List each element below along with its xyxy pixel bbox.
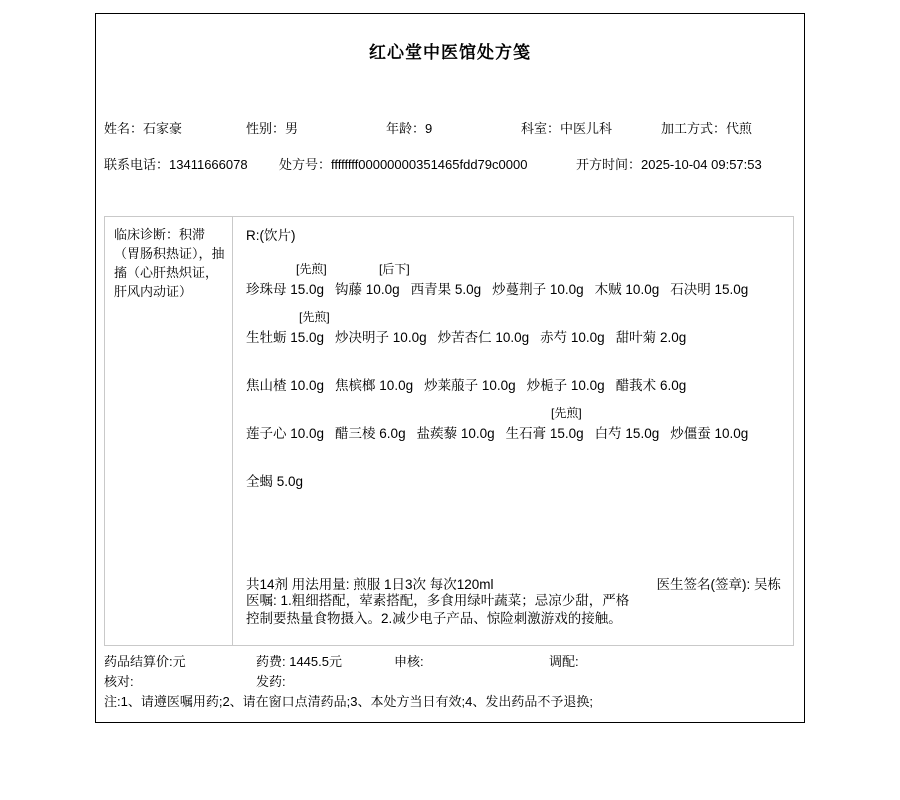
medicine-item: 炒莱菔子 10.0g	[424, 374, 516, 394]
medicine-item: 盐蒺藜 10.0g	[417, 422, 495, 442]
prescription-number-field: 处方号：ffffffff00000000351465fdd79c0000	[279, 154, 527, 173]
medicine-item: 石决明 15.0g	[670, 278, 748, 298]
annotation-line: [先煎]	[246, 305, 781, 326]
prescription-number-label: 处方号：	[279, 157, 331, 172]
medicine-line: 珍珠母 15.0g钩藤 10.0g西青果 5.0g炒蔓荆子 10.0g木贼 10…	[246, 278, 781, 299]
phone-value: 13411666078	[169, 157, 248, 172]
medicine-item: 生牡蛎 15.0g	[246, 326, 324, 346]
patient-gender-label: 性别：	[246, 121, 285, 136]
prescription-number-value: ffffffff00000000351465fdd79c0000	[331, 157, 527, 172]
medicine-line: 生牡蛎 15.0g炒决明子 10.0g炒苦杏仁 10.0g赤芍 10.0g甜叶菊…	[246, 326, 781, 347]
patient-info-row-1: 姓名：石家豪 性别：男 年龄：9 科室：中医儿科 加工方式：代煎	[104, 118, 796, 136]
note-text: 注:1、请遵医嘱用药;2、请在窗口点清药品;3、本处方当日有效;4、发出药品不予…	[104, 691, 593, 710]
medicine-item: 焦槟榔 10.0g	[335, 374, 413, 394]
processing-method-value: 代煎	[726, 121, 752, 136]
settle-price-field: 药品结算价:元	[104, 651, 186, 670]
patient-name-field: 姓名：石家豪	[104, 118, 182, 137]
medicine-item: 炒僵蚕 10.0g	[670, 422, 748, 442]
prescription-row: [先煎]生牡蛎 15.0g炒决明子 10.0g炒苦杏仁 10.0g赤芍 10.0…	[246, 305, 781, 347]
prescribe-time-field: 开方时间：2025-10-04 09:57:53	[576, 154, 762, 173]
medicine-item: 炒决明子 10.0g	[335, 326, 427, 346]
rx-header: R:(饮片)	[246, 224, 781, 242]
medical-advice: 医嘱: 1.粗细搭配，荤素搭配，多食用绿叶蔬菜；忌凉少甜，严格控制要热量食物摄入…	[246, 592, 638, 628]
medicine-line: 莲子心 10.0g醋三棱 6.0g盐蒺藜 10.0g生石膏 15.0g白芍 15…	[246, 422, 781, 443]
department-field: 科室：中医儿科	[521, 118, 612, 137]
check-dispense-row: 核对: 发药:	[104, 671, 796, 689]
department-value: 中医儿科	[560, 121, 612, 136]
medicine-item: 生石膏 15.0g	[506, 422, 584, 442]
medicine-item: 醋三棱 6.0g	[335, 422, 406, 442]
prescription-table: 临床诊断：积滞（胃肠积热证），抽搐（心肝热炽证，肝风内动证） R:(饮片) [先…	[104, 216, 794, 646]
prescription-row: [先煎]莲子心 10.0g醋三棱 6.0g盐蒺藜 10.0g生石膏 15.0g白…	[246, 401, 781, 443]
patient-age-field: 年龄：9	[386, 118, 432, 137]
medicine-line: 全蝎 5.0g	[246, 470, 781, 491]
dispense-field: 发药:	[256, 671, 286, 690]
medicine-item: 白芍 15.0g	[595, 422, 660, 442]
spacer	[246, 497, 781, 573]
medicine-rows: [先煎][后下]珍珠母 15.0g钩藤 10.0g西青果 5.0g炒蔓荆子 10…	[246, 257, 781, 497]
fee-field: 药费: 1445.5元	[256, 651, 342, 670]
medicine-list-cell: R:(饮片) [先煎][后下]珍珠母 15.0g钩藤 10.0g西青果 5.0g…	[233, 217, 793, 645]
patient-age-label: 年龄：	[386, 121, 425, 136]
prescription-row: 焦山楂 10.0g焦槟榔 10.0g炒莱菔子 10.0g炒栀子 10.0g醋莪术…	[246, 353, 781, 395]
doctor-signature: 医生签名(签章): 吴栋	[657, 573, 782, 592]
medicine-item: 焦山楂 10.0g	[246, 374, 324, 394]
medicine-item: 炒苦杏仁 10.0g	[438, 326, 530, 346]
page-title: 红心堂中医馆处方笺	[96, 38, 804, 63]
medicine-item: 莲子心 10.0g	[246, 422, 324, 442]
prescription-row: 全蝎 5.0g	[246, 449, 781, 491]
processing-method-field: 加工方式：代煎	[661, 118, 752, 137]
decoction-annotation: [后下]	[379, 260, 410, 277]
patient-info-row-2: 联系电话：13411666078 处方号：ffffffff00000000351…	[104, 154, 796, 172]
patient-gender-field: 性别：男	[246, 118, 298, 137]
patient-age-value: 9	[425, 121, 432, 136]
decoction-annotation: [先煎]	[299, 308, 330, 325]
review-field: 申核:	[394, 651, 424, 670]
medicine-item: 炒蔓荆子 10.0g	[492, 278, 584, 298]
decoction-annotation: [先煎]	[296, 260, 327, 277]
processing-method-label: 加工方式：	[661, 121, 726, 136]
annotation-line: [先煎][后下]	[246, 257, 781, 278]
medicine-line: 焦山楂 10.0g焦槟榔 10.0g炒莱菔子 10.0g炒栀子 10.0g醋莪术…	[246, 374, 781, 395]
annotation-line: [先煎]	[246, 401, 781, 422]
annotation-line	[246, 449, 781, 470]
prescription-page: 红心堂中医馆处方笺 姓名：石家豪 性别：男 年龄：9 科室：中医儿科 加工方式：…	[95, 13, 805, 723]
usage-summary-row: 共14剂 用法用量: 煎服 1日3次 每次120ml 医生签名(签章): 吴栋	[246, 573, 781, 592]
dosage-usage-text: 共14剂 用法用量: 煎服 1日3次 每次120ml	[246, 573, 494, 592]
medicine-item: 醋莪术 6.0g	[616, 374, 687, 394]
note-row: 注:1、请遵医嘱用药;2、请在窗口点清药品;3、本处方当日有效;4、发出药品不予…	[104, 691, 796, 709]
medicine-item: 全蝎 5.0g	[246, 470, 303, 490]
prescribe-time-label: 开方时间：	[576, 157, 641, 172]
medicine-item: 甜叶菊 2.0g	[616, 326, 687, 346]
clinical-diagnosis-cell: 临床诊断：积滞（胃肠积热证），抽搐（心肝热炽证，肝风内动证）	[105, 217, 233, 645]
medicine-item: 珍珠母 15.0g	[246, 278, 324, 298]
decoction-annotation: [先煎]	[551, 404, 582, 421]
prescribe-time-value: 2025-10-04 09:57:53	[641, 157, 762, 172]
prescription-row: [先煎][后下]珍珠母 15.0g钩藤 10.0g西青果 5.0g炒蔓荆子 10…	[246, 257, 781, 299]
phone-label: 联系电话：	[104, 157, 169, 172]
patient-name-value: 石家豪	[143, 121, 182, 136]
patient-gender-value: 男	[285, 121, 298, 136]
department-label: 科室：	[521, 121, 560, 136]
prepare-field: 调配:	[549, 651, 579, 670]
check-field: 核对:	[104, 671, 134, 690]
annotation-line	[246, 353, 781, 374]
screen: 红心堂中医馆处方笺 姓名：石家豪 性别：男 年龄：9 科室：中医儿科 加工方式：…	[0, 0, 900, 800]
medicine-item: 木贼 10.0g	[595, 278, 660, 298]
phone-field: 联系电话：13411666078	[104, 154, 248, 173]
medicine-item: 炒栀子 10.0g	[527, 374, 605, 394]
medicine-item: 赤芍 10.0g	[540, 326, 605, 346]
medicine-item: 钩藤 10.0g	[335, 278, 400, 298]
patient-name-label: 姓名：	[104, 121, 143, 136]
medicine-item: 西青果 5.0g	[411, 278, 482, 298]
settlement-row: 药品结算价:元 药费: 1445.5元 申核: 调配:	[104, 651, 796, 669]
diagnosis-label: 临床诊断：	[114, 227, 179, 242]
